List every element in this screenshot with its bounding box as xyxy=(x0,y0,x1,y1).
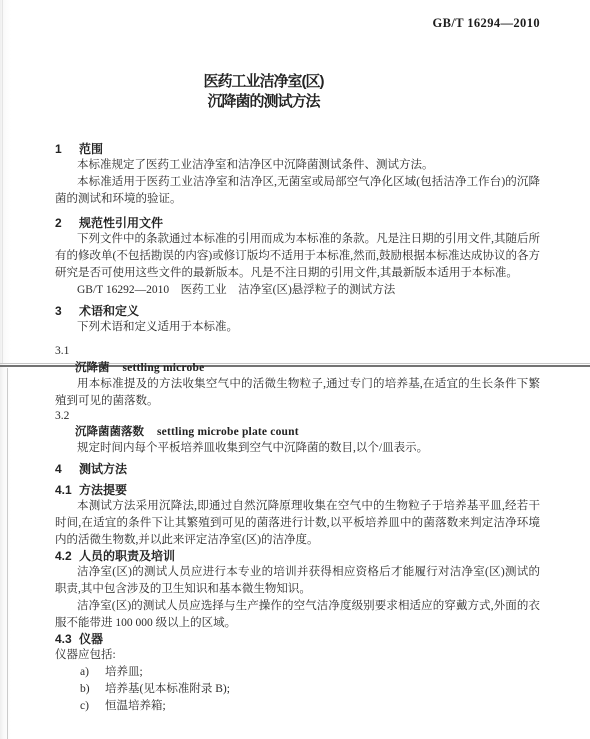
section-2-number: 2 xyxy=(55,216,79,231)
section-4-2-paragraph-2: 洁净室(区)的测试人员应选择与生产操作的空气洁净度级别要求相适应的穿戴方式,外面… xyxy=(55,598,540,632)
clause-3-2-number: 3.2 xyxy=(55,408,540,424)
term-3-2-chinese: 沉降菌菌落数 xyxy=(75,426,144,438)
section-4-heading-text: 测试方法 xyxy=(79,462,127,476)
list-item-a-label: a) xyxy=(80,664,105,681)
section-3-paragraph-1: 下列术语和定义适用于本标准。 xyxy=(55,319,540,336)
instrument-list-item-b: b)培养基(见本标准附录 B); xyxy=(80,681,540,698)
section-1-paragraph-2: 本标准适用于医药工业洁净室和洁净区,无菌室或局部空气净化区域(包括洁净工作台)的… xyxy=(55,174,540,208)
document-page: GB/T 16294—2010 医药工业洁净室(区) 沉降菌的测试方法 1范围 … xyxy=(0,0,590,739)
section-1-number: 1 xyxy=(55,142,79,157)
section-4-1-heading: 4.1方法提要 xyxy=(55,483,540,498)
list-item-c-label: c) xyxy=(80,698,105,715)
section-4-3-intro: 仪器应包括: xyxy=(55,647,540,664)
section-2-heading: 2规范性引用文件 xyxy=(55,216,540,231)
section-4-heading: 4测试方法 xyxy=(55,462,540,477)
section-4-2-heading: 4.2人员的职责及培训 xyxy=(55,549,540,564)
section-1-heading: 1范围 xyxy=(55,142,540,157)
section-2-reference: GB/T 16292—2010 医药工业 洁净室(区)悬浮粒子的测试方法 xyxy=(55,282,540,299)
section-4-2-number: 4.2 xyxy=(55,549,79,564)
term-3-1: 沉降菌settling microbe xyxy=(55,360,540,376)
section-4-2-heading-text: 人员的职责及培训 xyxy=(79,549,175,563)
term-3-2: 沉降菌菌落数settling microbe plate count xyxy=(55,424,540,440)
section-4-3-heading-text: 仪器 xyxy=(79,632,103,646)
term-3-2-definition: 规定时间内每个平板培养皿收集到空气中沉降菌的数目,以个/皿表示。 xyxy=(55,440,540,457)
section-1-paragraph-1: 本标准规定了医药工业洁净室和洁净区中沉降菌测试条件、测试方法。 xyxy=(55,157,540,174)
section-4-1-heading-text: 方法提要 xyxy=(79,483,127,497)
instrument-list-item-a: a)培养皿; xyxy=(80,664,540,681)
section-4-3-heading: 4.3仪器 xyxy=(55,632,540,647)
section-3-number: 3 xyxy=(55,304,79,319)
standard-code: GB/T 16294—2010 xyxy=(55,16,540,30)
term-3-1-chinese: 沉降菌 xyxy=(75,362,110,374)
page-edge-line-top xyxy=(2,0,3,363)
document-title: 医药工业洁净室(区) 沉降菌的测试方法 xyxy=(21,72,506,112)
section-3-heading-text: 术语和定义 xyxy=(79,304,139,318)
instrument-list-item-c: c)恒温培养箱; xyxy=(80,698,540,715)
section-3-heading: 3术语和定义 xyxy=(55,304,540,319)
title-line-1: 医药工业洁净室(区) xyxy=(21,72,506,92)
page-edge-line-bottom xyxy=(7,368,8,739)
term-3-1-definition: 用本标准提及的方法收集空气中的活微生物粒子,通过专门的培养基,在适宜的生长条件下… xyxy=(55,376,540,410)
term-3-1-english: settling microbe xyxy=(123,362,205,374)
section-4-1-paragraph-1: 本测试方法采用沉降法,即通过自然沉降原理收集在空气中的生物粒子于培养基平皿,经若… xyxy=(55,498,540,549)
page-content: GB/T 16294—2010 医药工业洁净室(区) 沉降菌的测试方法 1范围 … xyxy=(55,0,540,715)
list-item-a-text: 培养皿; xyxy=(105,666,143,678)
list-item-b-text: 培养基(见本标准附录 B); xyxy=(105,683,230,695)
list-item-b-label: b) xyxy=(80,681,105,698)
title-line-2: 沉降菌的测试方法 xyxy=(21,92,506,112)
term-3-2-english: settling microbe plate count xyxy=(157,426,299,438)
section-4-number: 4 xyxy=(55,462,79,477)
section-4-1-number: 4.1 xyxy=(55,483,79,498)
section-4-2-paragraph-1: 洁净室(区)的测试人员应进行本专业的培训并获得相应资格后才能履行对洁净室(区)测… xyxy=(55,564,540,598)
section-2-heading-text: 规范性引用文件 xyxy=(79,216,163,230)
section-1-heading-text: 范围 xyxy=(79,142,103,156)
section-2-paragraph-1: 下列文件中的条款通过本标准的引用而成为本标准的条款。凡是注日期的引用文件,其随后… xyxy=(55,231,540,282)
clause-3-1-number: 3.1 xyxy=(55,343,540,360)
list-item-c-text: 恒温培养箱; xyxy=(105,700,166,712)
section-4-3-number: 4.3 xyxy=(55,632,79,647)
